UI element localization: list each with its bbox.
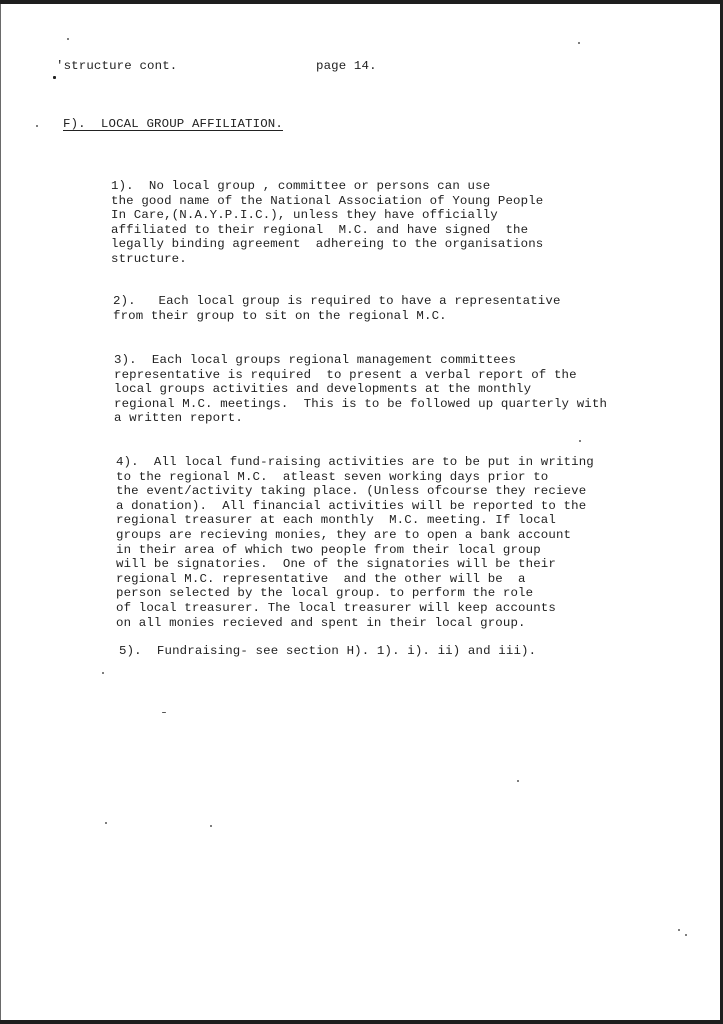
paragraph-4: 4). All local fund-raising activities ar… — [116, 455, 594, 630]
scan-speck — [685, 934, 687, 936]
running-header-title: 'structure cont. — [56, 59, 177, 73]
paragraph-1: 1). No local group , committee or person… — [111, 179, 543, 267]
scan-speck — [162, 712, 166, 713]
scan-speck — [210, 825, 212, 827]
paragraph-2: 2). Each local group is required to have… — [113, 294, 561, 323]
paragraph-3: 3). Each local groups regional managemen… — [114, 353, 607, 426]
page-number: page 14. — [316, 59, 377, 73]
scan-speck — [578, 42, 580, 44]
scan-speck — [579, 440, 581, 442]
scan-speck — [678, 929, 680, 931]
scan-speck — [102, 672, 104, 674]
scan-speck — [67, 38, 69, 40]
section-title: F). LOCAL GROUP AFFILIATION. — [63, 117, 283, 131]
scan-speck — [36, 125, 38, 127]
scan-speck — [517, 780, 519, 782]
scan-speck — [53, 76, 56, 79]
scan-speck — [105, 822, 107, 824]
paragraph-5: 5). Fundraising- see section H). 1). i).… — [119, 644, 536, 659]
scanned-document-page: 'structure cont. page 14. F). LOCAL GROU… — [0, 4, 720, 1020]
